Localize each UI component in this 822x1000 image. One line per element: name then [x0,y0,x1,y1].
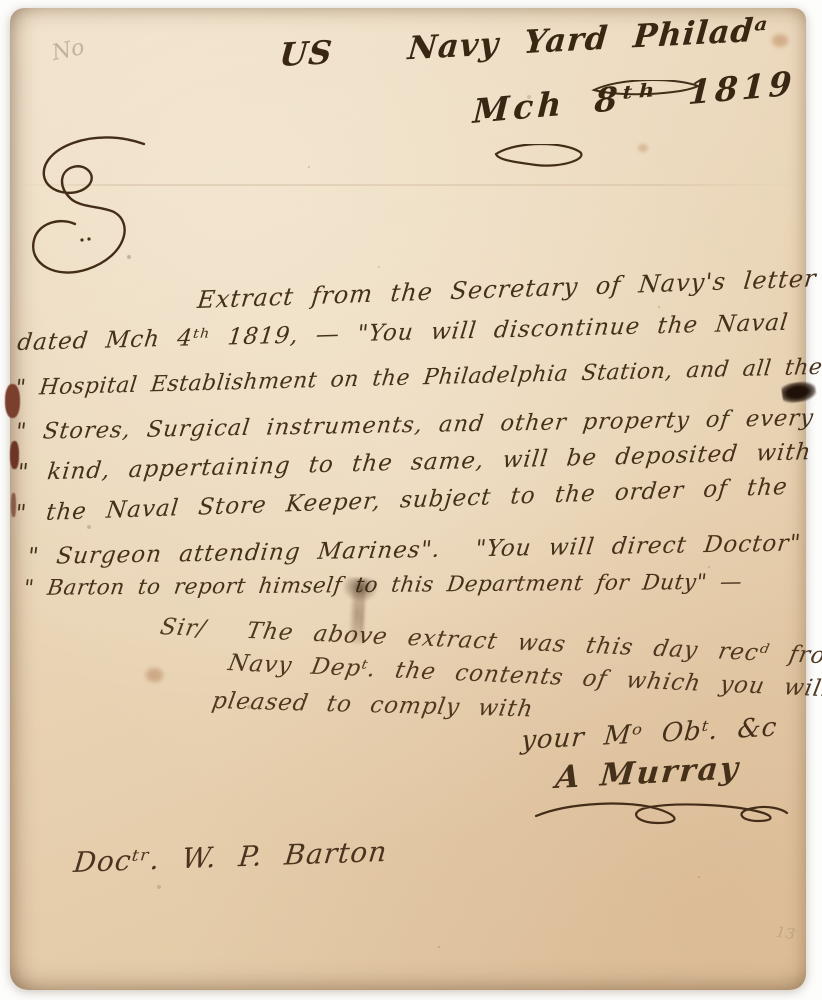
extract-line: " Stores, Surgical instruments, and othe… [14,405,815,445]
extract-line: " Surgeon attending Marines". "You will … [26,530,803,570]
addressee: Docᵗʳ. W. P. Barton [72,835,389,879]
date-underline-flourish [488,144,598,170]
signature: A Murray [554,750,741,796]
binding-residue [5,384,20,418]
paper-speckles [10,8,12,10]
heading-place-line: US Navy Yard Philadᵃ [278,10,770,74]
pencil-note-top: No [50,35,87,66]
signature-flourish [530,798,792,828]
pencil-note-bottom: 13 [775,923,796,943]
stain-spot [772,34,788,47]
page-background: No 13 US Navy Yard Philadᵃ Mch 8ᵗʰ 1819 … [0,0,822,1000]
ink-blot [781,380,817,405]
ink-smudge [334,577,383,645]
extract-line: Extract from the Secretary of Navy's let… [196,264,818,314]
note-line: pleased to comply with [210,688,536,722]
extract-line: dated Mch 4ᵗʰ 1819, — "You will disconti… [16,310,790,356]
manuscript-paper: No 13 US Navy Yard Philadᵃ Mch 8ᵗʰ 1819 … [10,8,806,990]
stain-spot [146,668,163,682]
stain-spot [638,144,648,152]
extract-line: " Hospital Establishment on the Philadel… [14,355,822,401]
heading-date-line: Mch 8ᵗʰ 1819 [472,63,797,131]
